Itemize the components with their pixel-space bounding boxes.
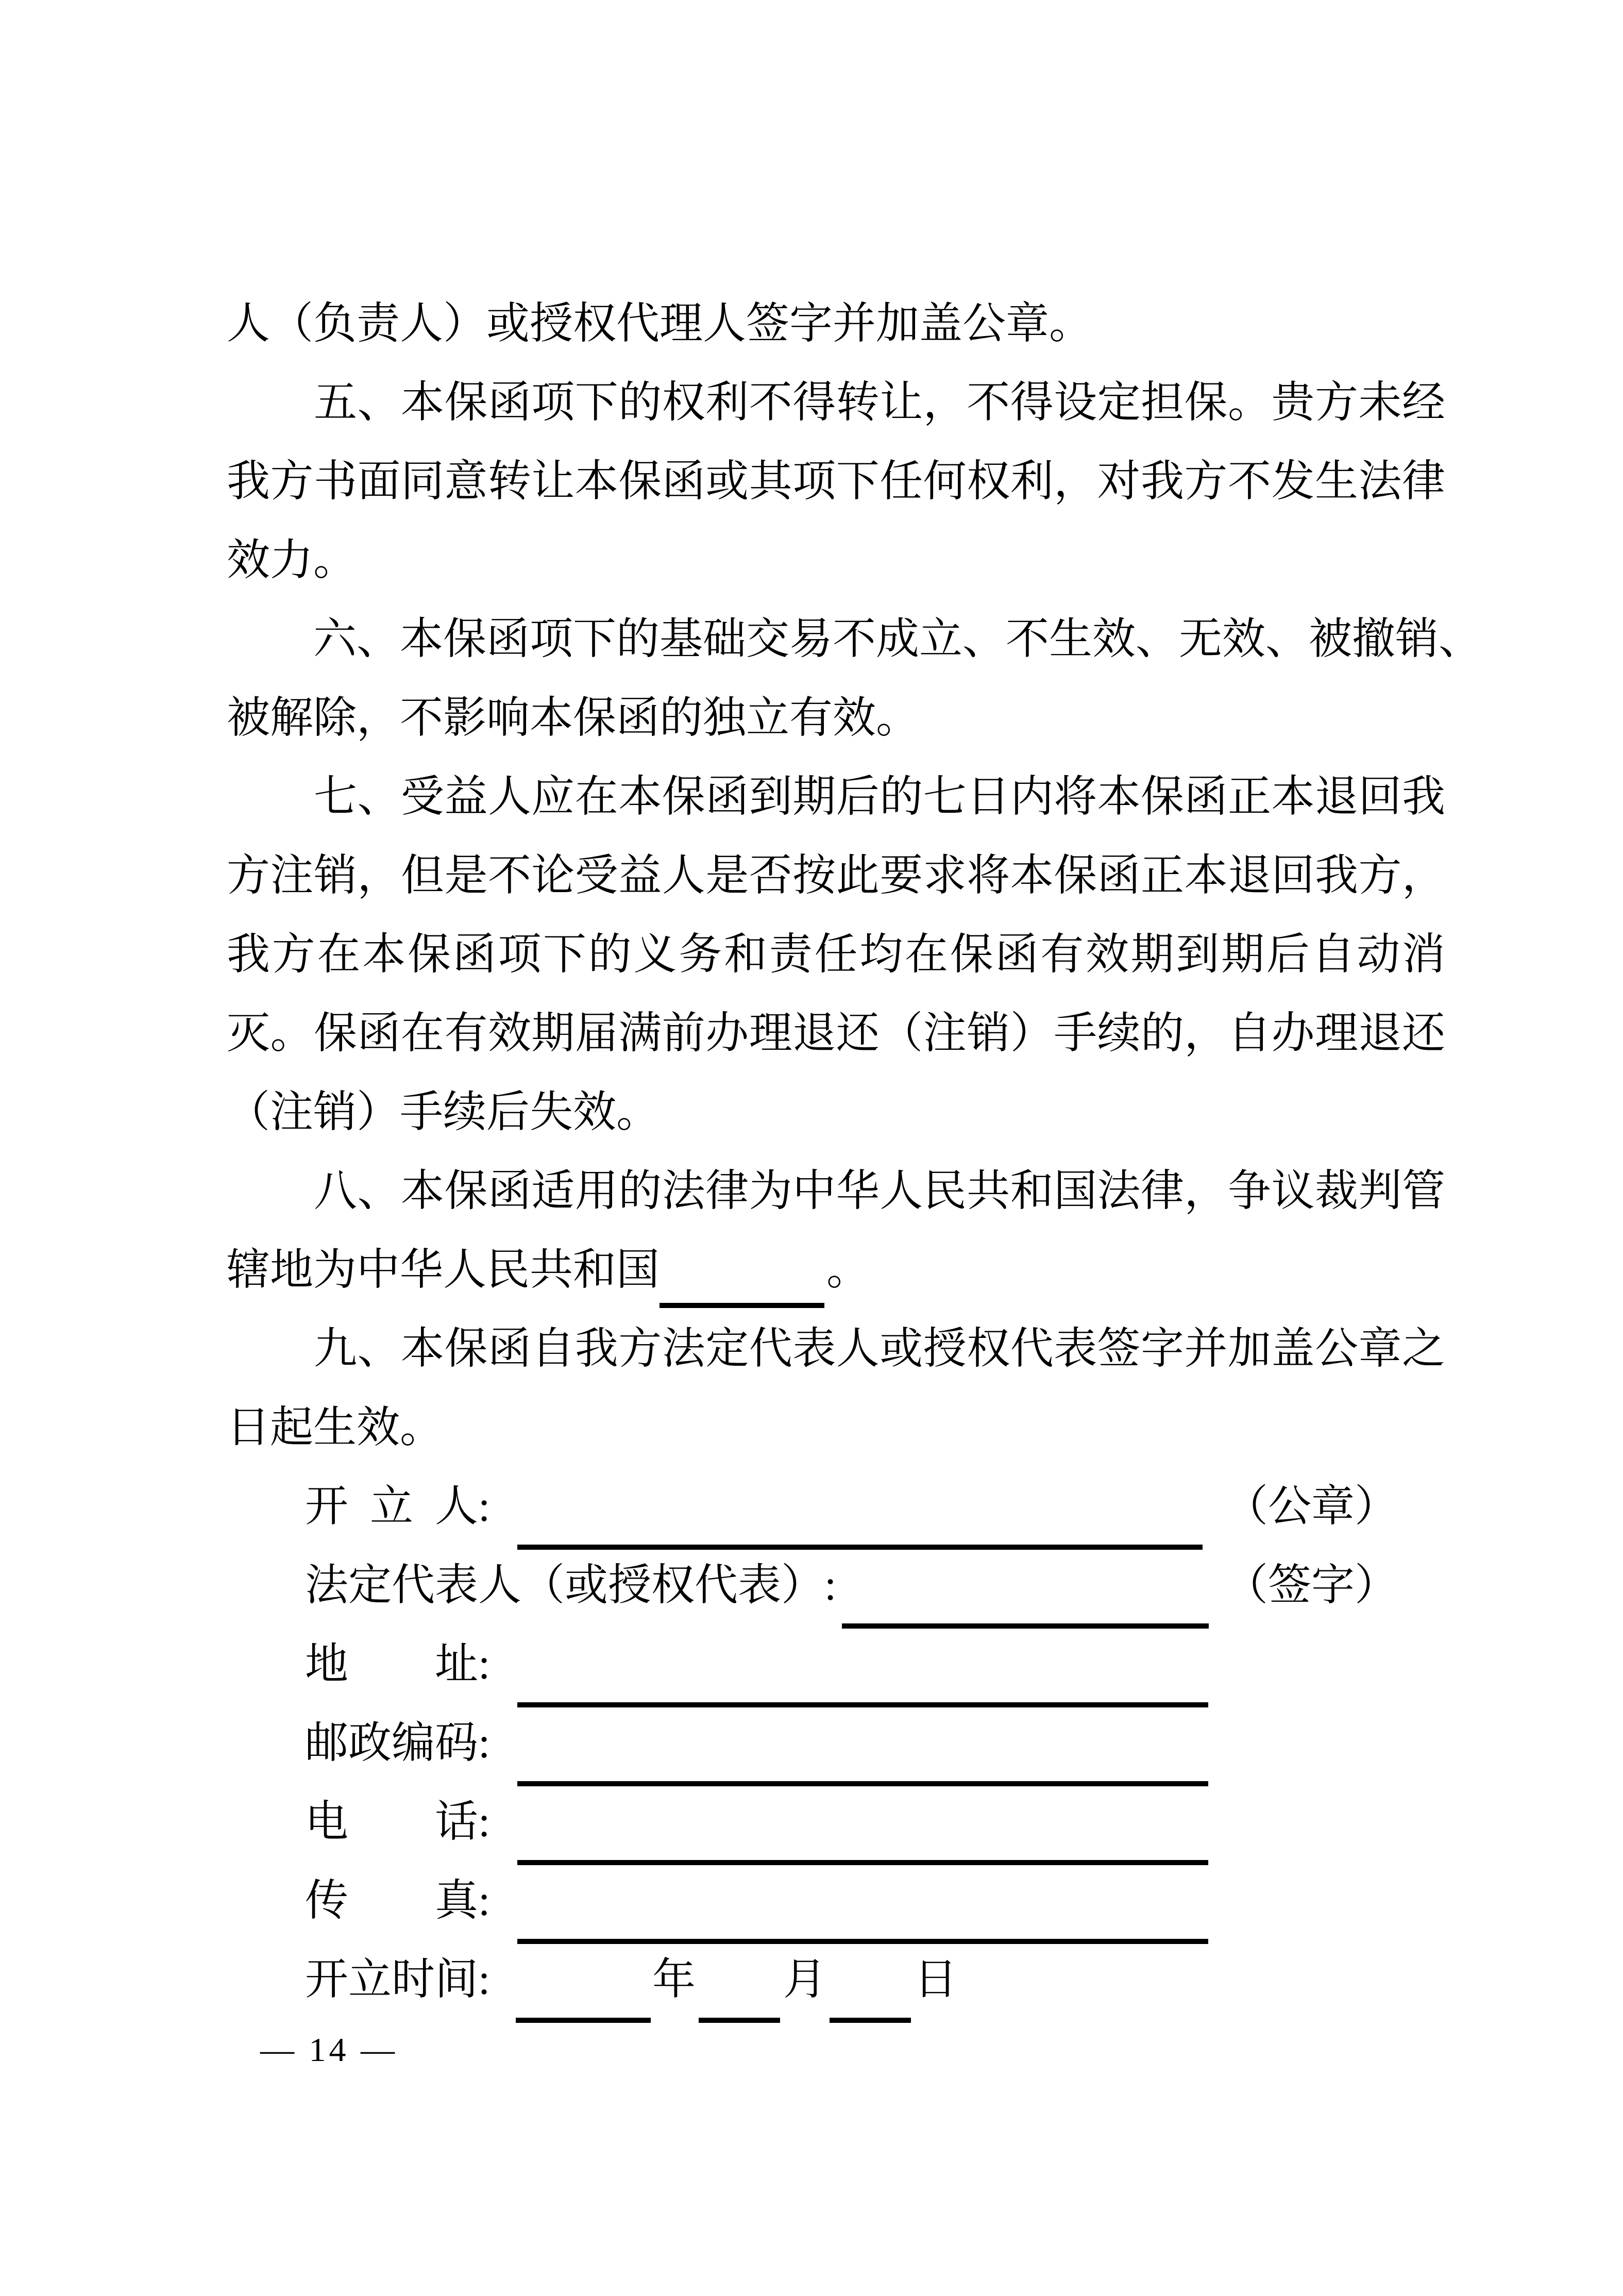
month-unit: 月 [783, 1940, 826, 2019]
issuer-label: 开立人 [305, 1467, 478, 1546]
body-line: 六、本保函项下的基础交易不成立、不生效、无效、被撤销、 [227, 600, 1445, 679]
body-line: 五、本保函项下的权利不得转让，不得设定担保。贵方未经 [227, 363, 1445, 442]
colon: : [478, 1483, 490, 1531]
issuer-row: 开立人: （公章） [227, 1467, 1445, 1546]
colon: : [824, 1562, 836, 1610]
fax-row: 传真: [227, 1862, 1445, 1940]
colon: : [478, 1877, 490, 1925]
jurisdiction-period: 。 [826, 1246, 870, 1294]
jurisdiction-line: 辖地为中华人民共和国。 [227, 1231, 1445, 1310]
address-row: 地址: [227, 1625, 1445, 1704]
page-number: — 14 — [260, 2030, 398, 2071]
colon: : [478, 1719, 490, 1767]
fax-label: 传真 [305, 1862, 478, 1940]
body-line: 我方书面同意转让本保函或其项下任何权利，对我方不发生法律 [227, 442, 1445, 521]
day-unit: 日 [914, 1940, 957, 2019]
year-unit: 年 [652, 1940, 696, 2019]
document-page: 人（负责人）或授权代理人签字并加盖公章。 五、本保函项下的权利不得转让，不得设定… [0, 0, 1623, 2296]
issue-date-label: 开立时间 [305, 1940, 478, 2019]
phone-label: 电话 [305, 1783, 478, 1862]
issue-month-blank[interactable] [699, 2018, 780, 2023]
postcode-label: 邮政编码 [305, 1704, 478, 1783]
jurisdiction-blank[interactable] [660, 1303, 824, 1308]
postcode-row: 邮政编码: [227, 1704, 1445, 1783]
body-line: 方注销，但是不论受益人是否按此要求将本保函正本退回我方， [227, 836, 1445, 915]
seal-note: （公章） [1225, 1467, 1398, 1546]
legal-representative-label: 法定代表人（或授权代表） [305, 1546, 824, 1625]
signature-note: （签字） [1225, 1546, 1398, 1625]
document-body: 人（负责人）或授权代理人签字并加盖公章。 五、本保函项下的权利不得转让，不得设定… [227, 284, 1445, 2019]
issue-year-blank[interactable] [516, 2018, 651, 2023]
body-line: 日起生效。 [227, 1388, 1445, 1467]
body-line: 我方在本保函项下的义务和责任均在保函有效期到期后自动消 [227, 915, 1445, 994]
phone-row: 电话: [227, 1783, 1445, 1862]
address-label: 地址 [305, 1625, 478, 1704]
body-line: 被解除，不影响本保函的独立有效。 [227, 679, 1445, 758]
body-line: 七、受益人应在本保函到期后的七日内将本保函正本退回我 [227, 758, 1445, 836]
jurisdiction-text: 辖地为中华人民共和国 [227, 1246, 660, 1294]
colon: : [478, 1640, 490, 1688]
colon: : [478, 1956, 490, 2004]
colon: : [478, 1798, 490, 1846]
body-line: 人（负责人）或授权代理人签字并加盖公章。 [227, 284, 1445, 363]
body-line: 九、本保函自我方法定代表人或授权代表签字并加盖公章之 [227, 1310, 1445, 1388]
legal-representative-row: 法定代表人（或授权代表）: （签字） [227, 1546, 1445, 1625]
issue-date-row: 开立时间: 年 月 日 [227, 1940, 1445, 2019]
issue-day-blank[interactable] [830, 2018, 911, 2023]
body-line: （注销）手续后失效。 [227, 1073, 1445, 1152]
body-line: 灭。保函在有效期届满前办理退还（注销）手续的，自办理退还 [227, 994, 1445, 1073]
body-line: 八、本保函适用的法律为中华人民共和国法律，争议裁判管 [227, 1152, 1445, 1231]
body-line: 效力。 [227, 521, 1445, 600]
